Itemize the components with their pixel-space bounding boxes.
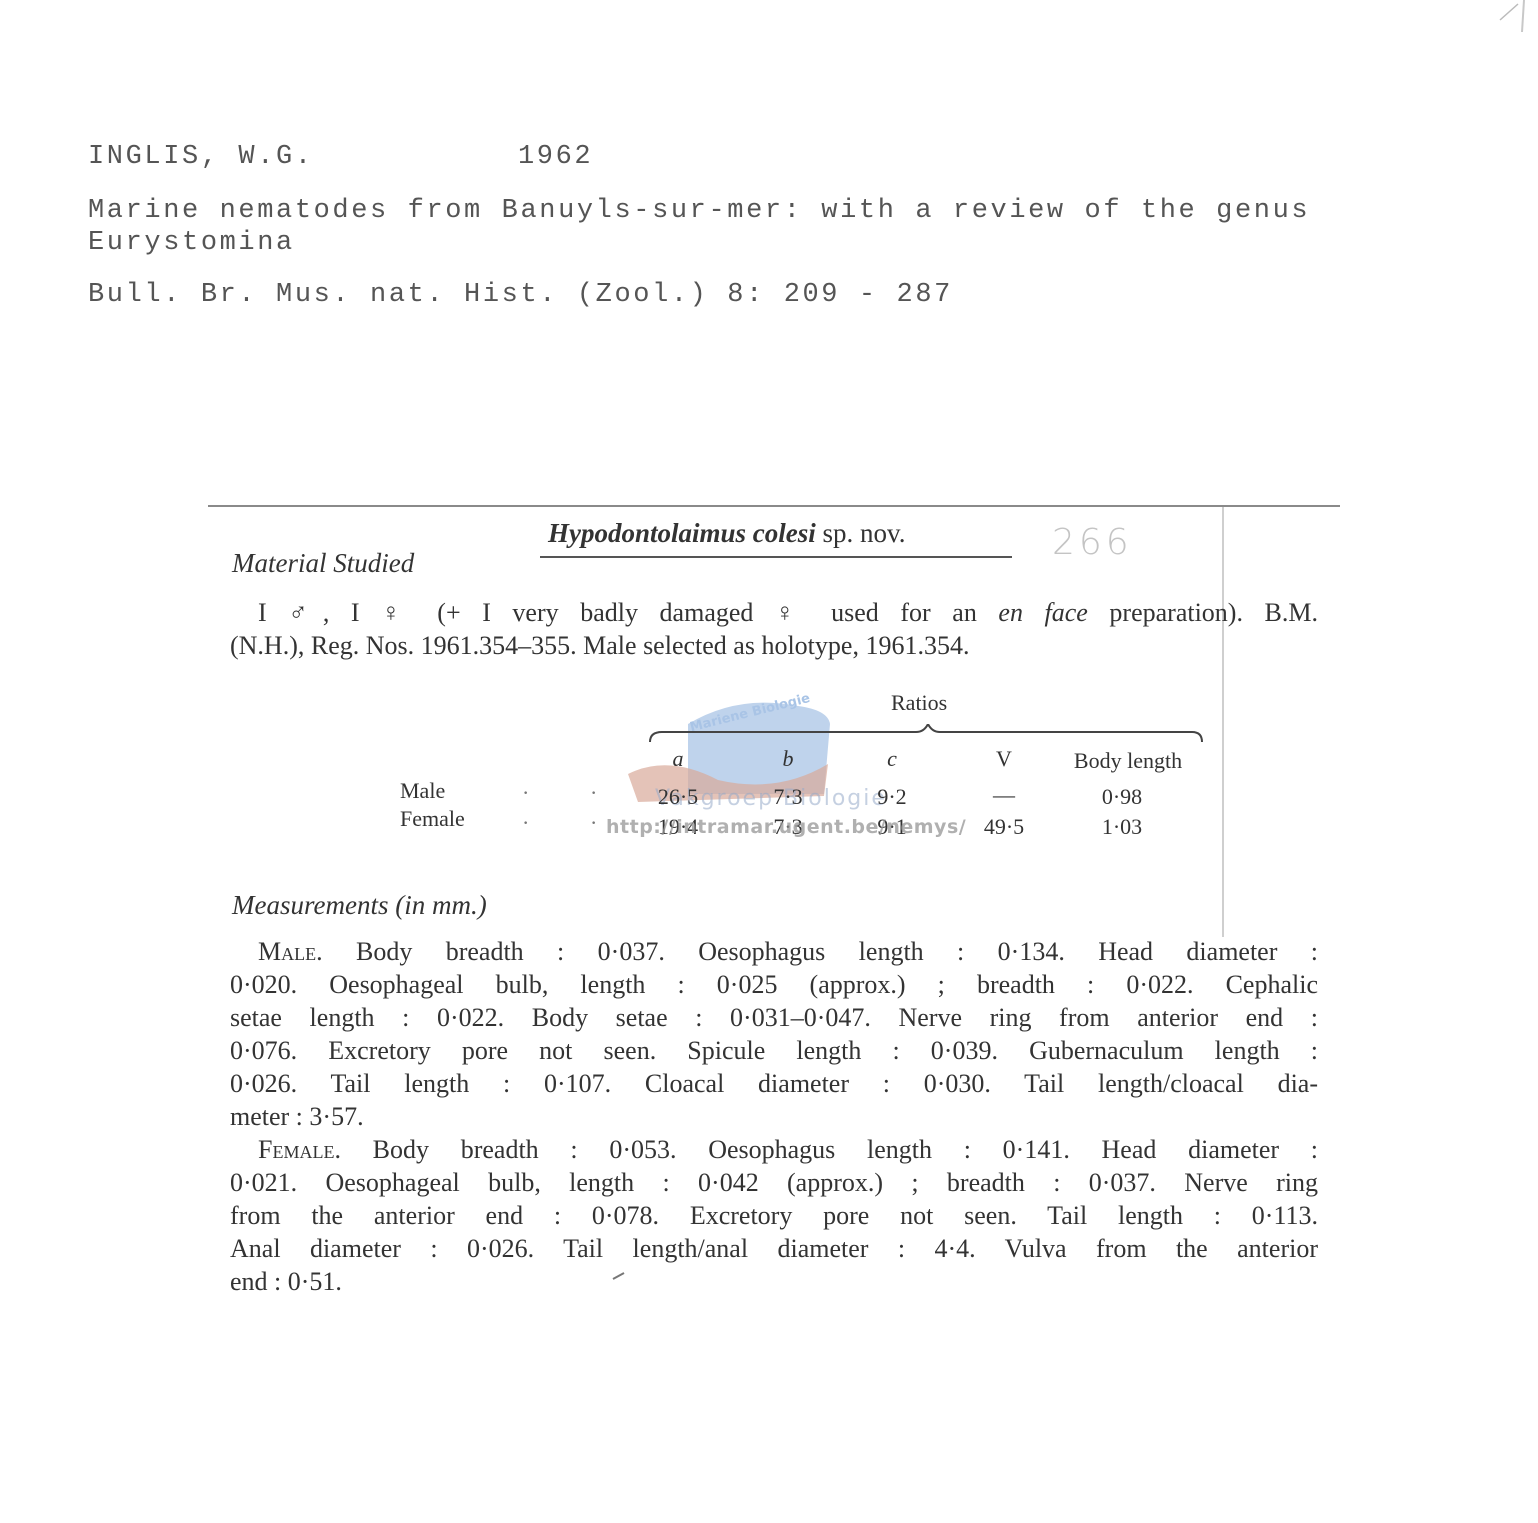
species-underline [540, 556, 1012, 558]
species-name: Hypodontolaimus colesi [548, 518, 816, 548]
column-header-b: b [728, 746, 848, 772]
pen-mark [612, 1272, 626, 1280]
card-title-line2: Eurystomina [88, 228, 295, 258]
male-label: Male. [258, 937, 323, 966]
table-cell-male-v: — [944, 782, 1064, 808]
clipping-right-edge [1222, 507, 1224, 937]
male-line-1: Male. Body breadth : 0·037. Oesophagus l… [230, 935, 1318, 968]
table-cell-male-body-length: 0·98 [1062, 784, 1182, 810]
material-line-1: I ♂, I ♀ (+ I very badly damaged ♀ used … [230, 596, 1318, 629]
table-cell-male-b: 7·3 [728, 784, 848, 810]
female-line-5: end : 0·51. [230, 1265, 1318, 1298]
female-label: Female. [258, 1135, 341, 1164]
table-cell-female-body-length: 1·03 [1062, 814, 1182, 840]
card-title-line1: Marine nematodes from Banuyls-sur-mer: w… [88, 196, 1310, 226]
clipping-top-edge [208, 505, 1340, 507]
column-header-a: a [618, 746, 738, 772]
male-line-3: setae length : 0·022. Body setae : 0·031… [230, 1001, 1318, 1034]
material-line-1-italic: en face [998, 598, 1087, 627]
row-label-male: Male [400, 778, 445, 804]
row-leader-female: · [590, 810, 597, 836]
measurements-heading: Measurements (in mm.) [232, 890, 487, 921]
female-line-3: from the anterior end : 0·078. Excretory… [230, 1199, 1318, 1232]
male-line-1-text: Body breadth : 0·037. Oesophagus length … [323, 937, 1318, 966]
material-paragraph: I ♂, I ♀ (+ I very badly damaged ♀ used … [230, 596, 1318, 662]
species-heading: Hypodontolaimus colesi sp. nov. [548, 518, 906, 549]
female-line-1: Female. Body breadth : 0·053. Oesophagus… [230, 1133, 1318, 1166]
row-leader-male: · [522, 780, 529, 806]
material-line-1-end: preparation). B.M. [1088, 598, 1318, 627]
male-line-5: 0·026. Tail length : 0·107. Cloacal diam… [230, 1067, 1318, 1100]
male-line-2: 0·020. Oesophageal bulb, length : 0·025 … [230, 968, 1318, 1001]
corner-pencil-mark [1498, 0, 1538, 36]
card-author: INGLIS, W.G. [88, 142, 314, 172]
female-measurements-paragraph: Female. Body breadth : 0·053. Oesophagus… [230, 1133, 1318, 1298]
male-line-6: meter : 3·57. [230, 1100, 1318, 1133]
table-cell-male-a: 26·5 [618, 784, 738, 810]
material-line-1-text: I ♂, I ♀ (+ I very badly damaged ♀ used … [258, 598, 998, 627]
material-line-2: (N.H.), Reg. Nos. 1961.354–355. Male sel… [230, 629, 1318, 662]
female-line-1-text: Body breadth : 0·053. Oesophagus length … [341, 1135, 1318, 1164]
female-line-4: Anal diameter : 0·026. Tail length/anal … [230, 1232, 1318, 1265]
card-year: 1962 [518, 142, 593, 172]
column-header-c: c [832, 746, 952, 772]
female-line-2: 0·021. Oesophageal bulb, length : 0·042 … [230, 1166, 1318, 1199]
card-citation: Bull. Br. Mus. nat. Hist. (Zool.) 8: 209… [88, 280, 953, 310]
material-studied-heading: Material Studied [232, 548, 414, 579]
male-line-4: 0·076. Excretory pore not seen. Spicule … [230, 1034, 1318, 1067]
row-leader-male: · [590, 780, 597, 806]
column-header-v: V [944, 746, 1064, 772]
male-measurements-paragraph: Male. Body breadth : 0·037. Oesophagus l… [230, 935, 1318, 1133]
watermark-url: http://intramar.ugent.be/nemys/ [606, 816, 966, 838]
material-line-2-text: (N.H.), Reg. Nos. 1961.354–355. Male sel… [230, 631, 969, 660]
handwritten-page-number: 266 [1052, 522, 1133, 563]
row-label-female: Female [400, 806, 465, 832]
table-cell-male-c: 9·2 [832, 784, 952, 810]
row-leader-female: · [522, 810, 529, 836]
ratios-brace [648, 724, 1204, 748]
column-header-body-length: Body length [1058, 748, 1198, 774]
ratios-group-label: Ratios [891, 690, 947, 716]
species-suffix: sp. nov. [816, 518, 906, 548]
